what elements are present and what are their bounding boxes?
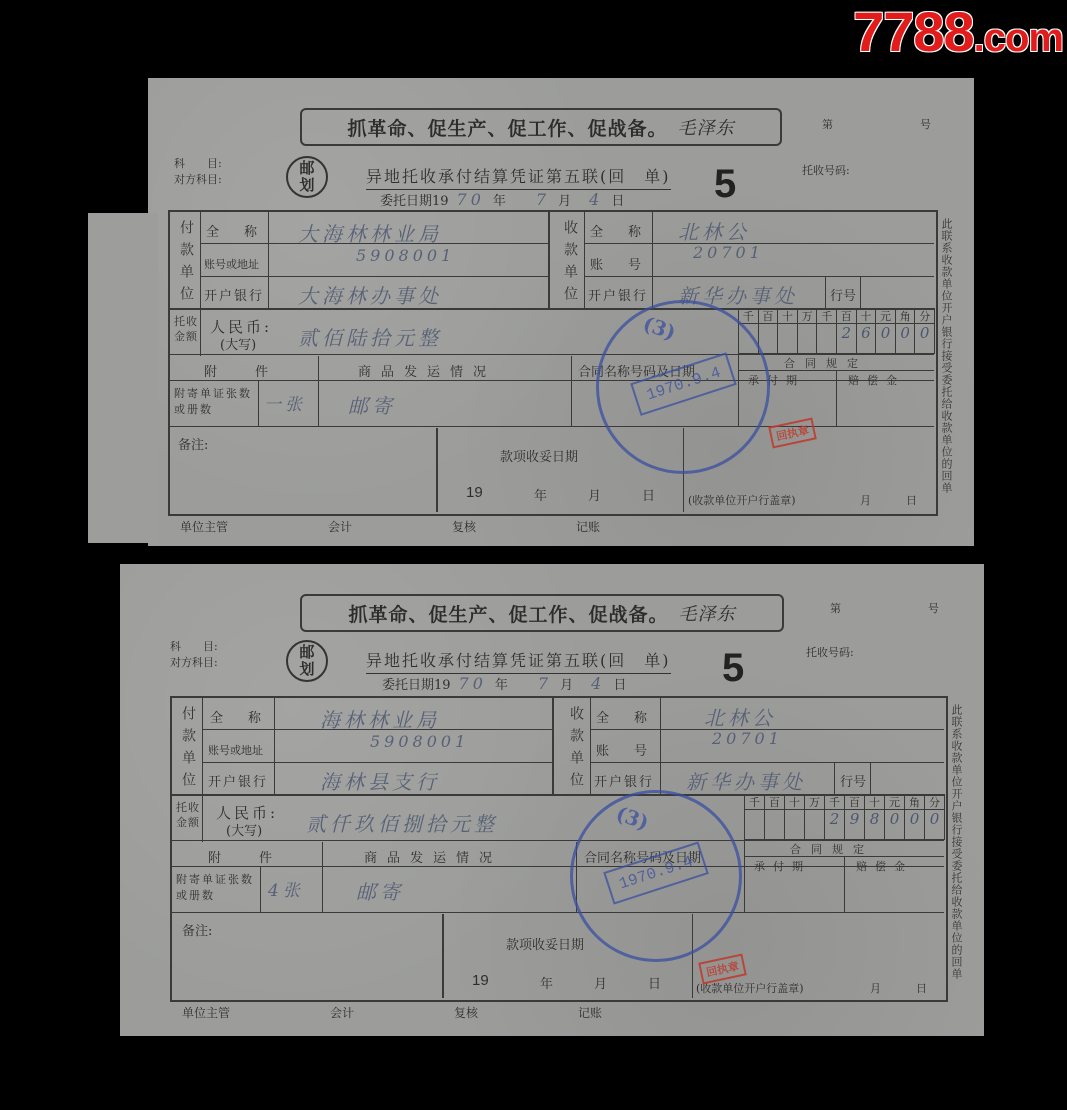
digit-header: 角 bbox=[905, 794, 925, 810]
subject-label: 科 目: bbox=[170, 638, 218, 654]
remarks-label: 备注: bbox=[178, 434, 208, 453]
footer-accountant: 会计 bbox=[330, 1004, 354, 1021]
payer-name-value: 大海林林业局 bbox=[298, 218, 442, 247]
bank-seal-month: 月 bbox=[860, 492, 871, 508]
digit-value: 2 bbox=[825, 810, 845, 840]
digit-header: 十 bbox=[778, 308, 798, 324]
digit-value: 0 bbox=[915, 324, 935, 354]
payee-name-label: 全 称 bbox=[596, 707, 653, 726]
post-stamp-char-2: 划 bbox=[299, 177, 314, 194]
torn-edge bbox=[88, 213, 158, 543]
signature-footer: 单位主管 会计 复核 记账 bbox=[182, 1004, 602, 1021]
footer-reviewer: 复核 bbox=[452, 518, 476, 535]
amount-section-label: 托收金额 bbox=[176, 800, 202, 830]
day-unit: 日 bbox=[611, 190, 624, 209]
footer-supervisor: 单位主管 bbox=[182, 1004, 230, 1021]
counter-subject-label: 对方科目: bbox=[170, 654, 218, 670]
bank-seal-day: 日 bbox=[906, 492, 917, 508]
payee-name-label: 全 称 bbox=[590, 221, 647, 240]
docs-count-label: 附寄单证张数或册数 bbox=[174, 386, 258, 418]
collection-number-label: 托收号码: bbox=[802, 162, 850, 178]
received-month-unit: 月 bbox=[588, 485, 601, 504]
serial-suffix: 号 bbox=[920, 116, 931, 132]
payee-name-value: 北林公 bbox=[678, 216, 750, 245]
payer-bank-label: 开户银行 bbox=[208, 771, 268, 790]
digit-value: 0 bbox=[885, 810, 905, 840]
digit-header: 分 bbox=[915, 308, 935, 324]
footer-reviewer: 复核 bbox=[454, 1004, 478, 1021]
stamp-number: (3) bbox=[640, 312, 679, 346]
amount-section-label: 托收金额 bbox=[174, 314, 200, 344]
shipping-label: 商品发运情况 bbox=[364, 847, 502, 866]
entrust-date: 委托日期19 70 年 7 月 4 日 bbox=[382, 674, 626, 693]
footer-supervisor: 单位主管 bbox=[180, 518, 228, 535]
digit-header: 千 bbox=[739, 308, 759, 324]
shipping-value: 邮寄 bbox=[348, 390, 396, 419]
digit-value: 0 bbox=[896, 324, 916, 354]
received-date-label: 款项收妥日期 bbox=[500, 446, 578, 465]
slogan-signature: 毛泽东 bbox=[678, 114, 735, 140]
copy-number: 5 bbox=[714, 162, 736, 207]
bank-seal-month: 月 bbox=[870, 980, 881, 996]
caps-label: (大写) bbox=[220, 334, 256, 353]
slogan-banner: 抓革命、促生产、促工作、促战备。 毛泽东 bbox=[300, 594, 784, 632]
digit-header: 元 bbox=[885, 794, 905, 810]
penalty-label: 赔偿金 bbox=[856, 858, 913, 874]
postal-transfer-stamp: 邮 划 bbox=[286, 156, 328, 198]
footer-accountant: 会计 bbox=[328, 518, 352, 535]
serial-prefix: 第 bbox=[830, 600, 841, 616]
signature-footer: 单位主管 会计 复核 记账 bbox=[180, 518, 600, 535]
digit-header: 千 bbox=[825, 794, 845, 810]
digit-value: 9 bbox=[845, 810, 865, 840]
docs-count-label: 附寄单证张数或册数 bbox=[176, 872, 260, 904]
entrust-day: 4 bbox=[591, 674, 605, 693]
digit-header: 千 bbox=[817, 308, 837, 324]
slogan-signature: 毛泽东 bbox=[679, 600, 736, 626]
payer-name-label: 全 称 bbox=[206, 221, 263, 240]
bank-postmark-stamp: (3) 1970.9.4 bbox=[596, 300, 770, 474]
payer-account-value: 5908001 bbox=[356, 246, 455, 265]
slogan-text: 抓革命、促生产、促工作、促战备。 bbox=[347, 114, 667, 141]
digit-header: 万 bbox=[798, 308, 818, 324]
payee-account-label: 账 号 bbox=[596, 740, 653, 759]
digit-header: 百 bbox=[837, 308, 857, 324]
digit-header: 万 bbox=[805, 794, 825, 810]
digit-value: 0 bbox=[905, 810, 925, 840]
received-day-unit: 日 bbox=[642, 485, 655, 504]
post-stamp-char-1: 邮 bbox=[299, 160, 314, 177]
payer-section-label: 付款单位 bbox=[176, 220, 196, 308]
watermark-logo: 7788.com bbox=[853, 4, 1063, 60]
digit-value: 6 bbox=[857, 324, 877, 354]
digit-header: 分 bbox=[925, 794, 945, 810]
payment-term-label: 承付期 bbox=[754, 858, 811, 874]
entrust-year: 70 bbox=[459, 674, 487, 693]
copy-number: 5 bbox=[722, 646, 744, 691]
docs-count-value: 4张 bbox=[268, 876, 304, 901]
digit-header: 百 bbox=[845, 794, 865, 810]
digit-value bbox=[778, 324, 798, 354]
digit-value: 0 bbox=[925, 810, 945, 840]
payer-bank-value: 大海林办事处 bbox=[298, 280, 442, 309]
year-unit: 年 bbox=[495, 674, 508, 693]
post-stamp-char-2: 划 bbox=[299, 661, 314, 678]
payee-bank-label: 开户银行 bbox=[594, 771, 654, 790]
payer-bank-label: 开户银行 bbox=[204, 285, 264, 304]
digit-header: 百 bbox=[765, 794, 785, 810]
digit-header: 千 bbox=[745, 794, 765, 810]
payee-section-label: 收款单位 bbox=[560, 220, 580, 308]
digit-header: 十 bbox=[857, 308, 877, 324]
payee-bank-label: 开户银行 bbox=[588, 285, 648, 304]
bank-postmark-stamp: (3) 1970.9.4 bbox=[570, 790, 742, 962]
bank-seal-label: (收款单位开户行盖章) bbox=[688, 492, 796, 508]
payee-bank-value: 新华办事处 bbox=[686, 766, 806, 795]
amount-digit-grid: 千 百 十 万 千 百 十 元 角 分 2 6 0 0 0 bbox=[738, 308, 935, 354]
entrust-month: 7 bbox=[536, 190, 550, 209]
received-year-unit: 年 bbox=[540, 973, 553, 992]
day-unit: 日 bbox=[613, 674, 626, 693]
form-title: 异地托收承付结算凭证第五联(回 单) bbox=[366, 648, 671, 674]
contract-terms-label: 合同规定 bbox=[784, 355, 868, 371]
digit-header: 十 bbox=[785, 794, 805, 810]
amount-digit-grid: 千 百 十 万 千 百 十 元 角 分 2 9 8 0 0 0 bbox=[744, 794, 945, 840]
amount-caps-value: 贰佰陆拾元整 bbox=[298, 322, 442, 351]
form-title: 异地托收承付结算凭证第五联(回 单) bbox=[366, 164, 671, 190]
month-unit: 月 bbox=[560, 674, 573, 693]
payer-name-label: 全 称 bbox=[210, 707, 267, 726]
stamp-number: (3) bbox=[613, 801, 652, 835]
caps-label: (大写) bbox=[226, 820, 262, 839]
received-day-unit: 日 bbox=[648, 973, 661, 992]
payer-name-value: 海林林业局 bbox=[320, 704, 440, 733]
month-unit: 月 bbox=[558, 190, 571, 209]
subject-label: 科 目: bbox=[174, 155, 222, 171]
digit-value: 0 bbox=[876, 324, 896, 354]
docs-count-value: 一张 bbox=[264, 390, 306, 415]
side-note: 此联系收款单位开户银行接受委托给收款单位的回单 bbox=[948, 704, 964, 984]
entrust-date: 委托日期19 70 年 7 月 4 日 bbox=[380, 190, 624, 209]
received-year: 19 bbox=[466, 484, 483, 501]
shipping-value: 邮寄 bbox=[356, 876, 404, 905]
serial-prefix: 第 bbox=[822, 116, 833, 132]
remarks-label: 备注: bbox=[182, 920, 212, 939]
payer-section-label: 付款单位 bbox=[178, 706, 198, 794]
digit-value: 8 bbox=[865, 810, 885, 840]
counter-subject-label: 对方科目: bbox=[174, 171, 222, 187]
entrust-date-label: 委托日期19 bbox=[380, 190, 449, 209]
watermark-number: 7788 bbox=[853, 0, 974, 63]
attachments-label: 附 件 bbox=[204, 361, 272, 380]
received-month-unit: 月 bbox=[594, 973, 607, 992]
penalty-label: 赔偿金 bbox=[848, 372, 905, 388]
shipping-label: 商品发运情况 bbox=[358, 361, 496, 380]
serial-suffix: 号 bbox=[928, 600, 939, 616]
payee-bank-no-label: 行号 bbox=[830, 285, 856, 304]
entrust-year: 70 bbox=[457, 190, 485, 209]
voucher-slip-1: 抓革命、促生产、促工作、促战备。 毛泽东 第 号 科 目: 对方科目: 邮 划 … bbox=[148, 78, 974, 546]
digit-header: 元 bbox=[876, 308, 896, 324]
side-note: 此联系收款单位开户银行接受委托给收款单位的回单 bbox=[938, 218, 954, 498]
payee-account-value: 20701 bbox=[712, 729, 783, 748]
payer-bank-value: 海林县支行 bbox=[320, 766, 440, 795]
digit-header: 角 bbox=[896, 308, 916, 324]
payer-account-label: 账号或地址 bbox=[208, 742, 263, 758]
received-year: 19 bbox=[472, 972, 489, 989]
payee-section-label: 收款单位 bbox=[566, 706, 586, 794]
voucher-slip-2: 抓革命、促生产、促工作、促战备。 毛泽东 第 号 科 目: 对方科目: 邮 划 … bbox=[120, 564, 984, 1036]
digit-value bbox=[817, 324, 837, 354]
entrust-month: 7 bbox=[538, 674, 552, 693]
payer-account-value: 5908001 bbox=[370, 732, 469, 751]
payee-name-value: 北林公 bbox=[704, 702, 776, 731]
year-unit: 年 bbox=[493, 190, 506, 209]
received-year-unit: 年 bbox=[534, 485, 547, 504]
digit-header: 十 bbox=[865, 794, 885, 810]
digit-value: 2 bbox=[837, 324, 857, 354]
digit-value bbox=[765, 810, 785, 840]
digit-value bbox=[785, 810, 805, 840]
post-stamp-char-1: 邮 bbox=[299, 644, 314, 661]
stamp-date: 1970.9.4 bbox=[603, 841, 709, 904]
amount-caps-value: 贰仟玖佰捌拾元整 bbox=[306, 808, 498, 837]
postal-transfer-stamp: 邮 划 bbox=[286, 640, 328, 682]
entrust-day: 4 bbox=[589, 190, 603, 209]
contract-terms-label: 合同规定 bbox=[790, 841, 874, 857]
watermark-suffix: .com bbox=[974, 16, 1063, 60]
bank-seal-day: 日 bbox=[916, 980, 927, 996]
entrust-date-label: 委托日期19 bbox=[382, 674, 451, 693]
payer-account-label: 账号或地址 bbox=[204, 256, 259, 272]
slogan-text: 抓革命、促生产、促工作、促战备。 bbox=[348, 600, 668, 627]
attachments-label: 附 件 bbox=[208, 847, 276, 866]
payee-bank-no-label: 行号 bbox=[840, 771, 866, 790]
collection-number-label: 托收号码: bbox=[806, 644, 854, 660]
stamp-date: 1970.9.4 bbox=[630, 352, 737, 416]
slogan-banner: 抓革命、促生产、促工作、促战备。 毛泽东 bbox=[300, 108, 782, 146]
footer-bookkeeper: 记账 bbox=[576, 518, 600, 535]
digit-header: 百 bbox=[759, 308, 779, 324]
digit-value bbox=[745, 810, 765, 840]
payee-account-value: 20701 bbox=[693, 243, 764, 262]
footer-bookkeeper: 记账 bbox=[578, 1004, 602, 1021]
payee-account-label: 账 号 bbox=[590, 254, 647, 273]
digit-value bbox=[805, 810, 825, 840]
received-date-label: 款项收妥日期 bbox=[506, 934, 584, 953]
digit-value bbox=[798, 324, 818, 354]
